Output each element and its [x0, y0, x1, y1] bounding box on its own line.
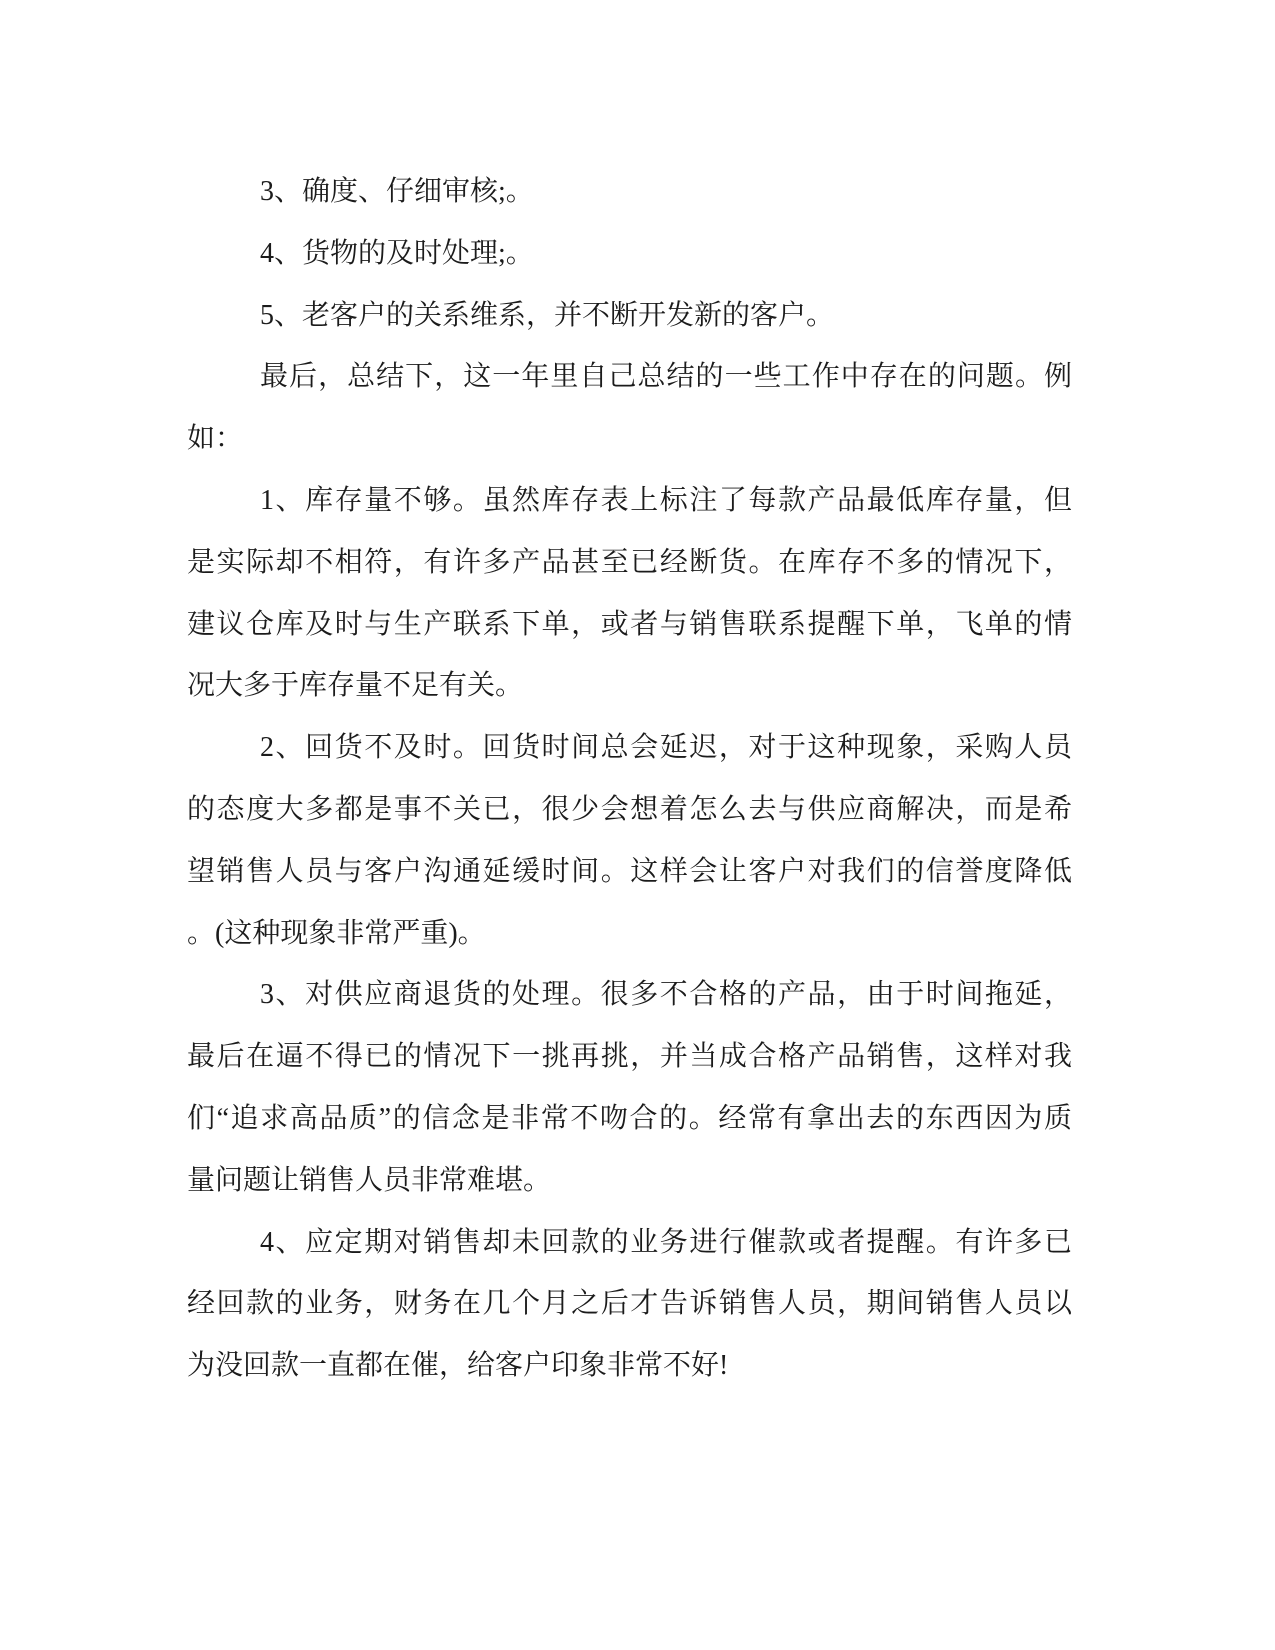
text-line: 。(这种现象非常严重)。 [187, 903, 1072, 965]
text-line: 1、库存量不够。虽然库存表上标注了每款产品最低库存量，但 [187, 470, 1072, 532]
text-line: 最后，总结下，这一年里自己总结的一些工作中存在的问题。例 [187, 346, 1072, 408]
text-line: 经回款的业务，财务在几个月之后才告诉销售人员，期间销售人员以 [187, 1273, 1072, 1335]
text-line: 3、确度、仔细审核;。 [187, 161, 1072, 223]
text-line: 是实际却不相符，有许多产品甚至已经断货。在库存不多的情况下， [187, 532, 1072, 594]
document-body: 3、确度、仔细审核;。 4、货物的及时处理;。 5、老客户的关系维系，并不断开发… [187, 161, 1072, 1397]
text-line: 4、应定期对销售却未回款的业务进行催款或者提醒。有许多已 [187, 1212, 1072, 1274]
text-line: 望销售人员与客户沟通延缓时间。这样会让客户对我们的信誉度降低 [187, 841, 1072, 903]
text-line: 为没回款一直都在催，给客户印象非常不好! [187, 1335, 1072, 1397]
text-line: 们“追求高品质”的信念是非常不吻合的。经常有拿出去的东西因为质 [187, 1088, 1072, 1150]
document-page: 3、确度、仔细审核;。 4、货物的及时处理;。 5、老客户的关系维系，并不断开发… [0, 0, 1275, 1650]
text-line: 建议仓库及时与生产联系下单，或者与销售联系提醒下单，飞单的情 [187, 594, 1072, 656]
text-line: 最后在逼不得已的情况下一挑再挑，并当成合格产品销售，这样对我 [187, 1026, 1072, 1088]
text-line: 况大多于库存量不足有关。 [187, 655, 1072, 717]
text-line: 5、老客户的关系维系，并不断开发新的客户。 [187, 285, 1072, 347]
text-line: 的态度大多都是事不关已，很少会想着怎么去与供应商解决，而是希 [187, 779, 1072, 841]
text-line: 2、回货不及时。回货时间总会延迟，对于这种现象，采购人员 [187, 717, 1072, 779]
text-line: 4、货物的及时处理;。 [187, 223, 1072, 285]
text-line: 3、对供应商退货的处理。很多不合格的产品，由于时间拖延， [187, 964, 1072, 1026]
text-line: 量问题让销售人员非常难堪。 [187, 1150, 1072, 1212]
text-line: 如： [187, 408, 1072, 470]
